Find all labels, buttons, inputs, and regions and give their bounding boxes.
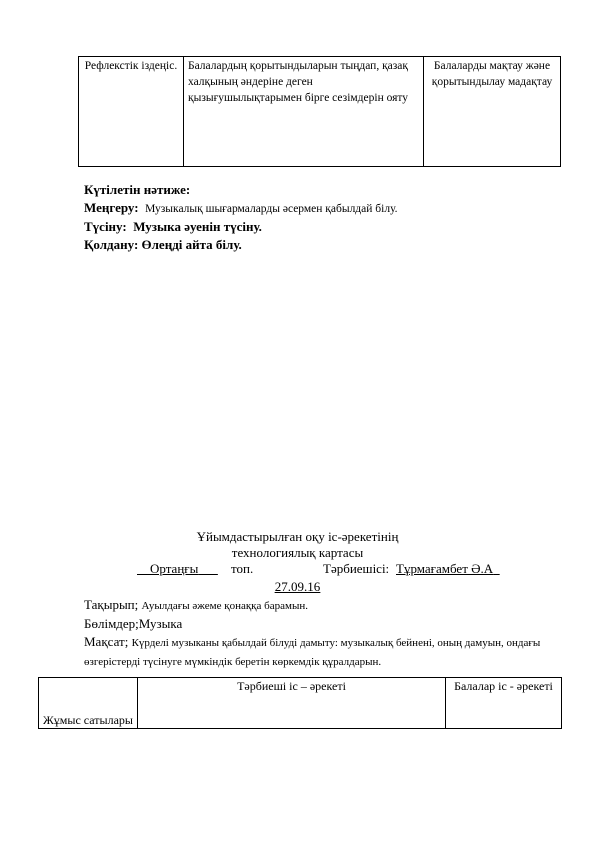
results-heading: Күтілетін нәтиже: [84, 182, 190, 197]
lesson-meta: Тақырып; Ауылдағы әжеме қонаққа барамын.… [84, 596, 554, 671]
result-item: Түсіну: Музыка әуенін түсіну. [84, 218, 398, 236]
card-title-line1: Ұйымдастырылған оқу іс-әрекетінің [0, 528, 595, 545]
table-header-row: Жұмыс сатылары Тәрбиеші іс – әрекеті Бал… [39, 678, 562, 729]
card-title-line2: технологиялық картасы [0, 544, 595, 561]
group-value: Ортаңғы [137, 560, 218, 577]
goal: Мақсат; Күрделі музыканы қабылдай білуді… [84, 633, 554, 671]
topic: Тақырып; Ауылдағы әжеме қонаққа барамын. [84, 596, 554, 615]
header-stages: Жұмыс сатылары [39, 678, 138, 729]
stage-cell: Рефлекстік іздеңіс. [79, 57, 184, 167]
teacher-activity-cell: Балалардың қорытындыларын тыңдап, қазақ … [184, 57, 424, 167]
table-row: Рефлекстік іздеңіс. Балалардың қорытынды… [79, 57, 561, 167]
activity-table: Жұмыс сатылары Тәрбиеші іс – әрекеті Бал… [38, 677, 562, 729]
group-suffix: топ. [231, 560, 253, 577]
result-item: Меңгеру: Музыкалық шығармаларды әсермен … [84, 199, 398, 219]
section: Бөлімдер;Музыка [84, 615, 554, 633]
result-item: Қолдану: Өлеңді айта білу. [84, 236, 398, 254]
teacher-name: Тұрмағамбет Ә.А [396, 560, 500, 577]
children-activity-cell: Балаларды мақтау және қорытындылау мадақ… [424, 57, 561, 167]
header-teacher-activity: Тәрбиеші іс – әрекеті [138, 678, 446, 729]
teacher-label: Тәрбиешісі: [323, 560, 389, 577]
header-children-activity: Балалар іс - әрекеті [446, 678, 562, 729]
date: 27.09.16 [0, 578, 595, 595]
reflection-table: Рефлекстік іздеңіс. Балалардың қорытынды… [78, 56, 561, 167]
expected-results: Күтілетін нәтиже: Меңгеру: Музыкалық шығ… [84, 181, 398, 253]
